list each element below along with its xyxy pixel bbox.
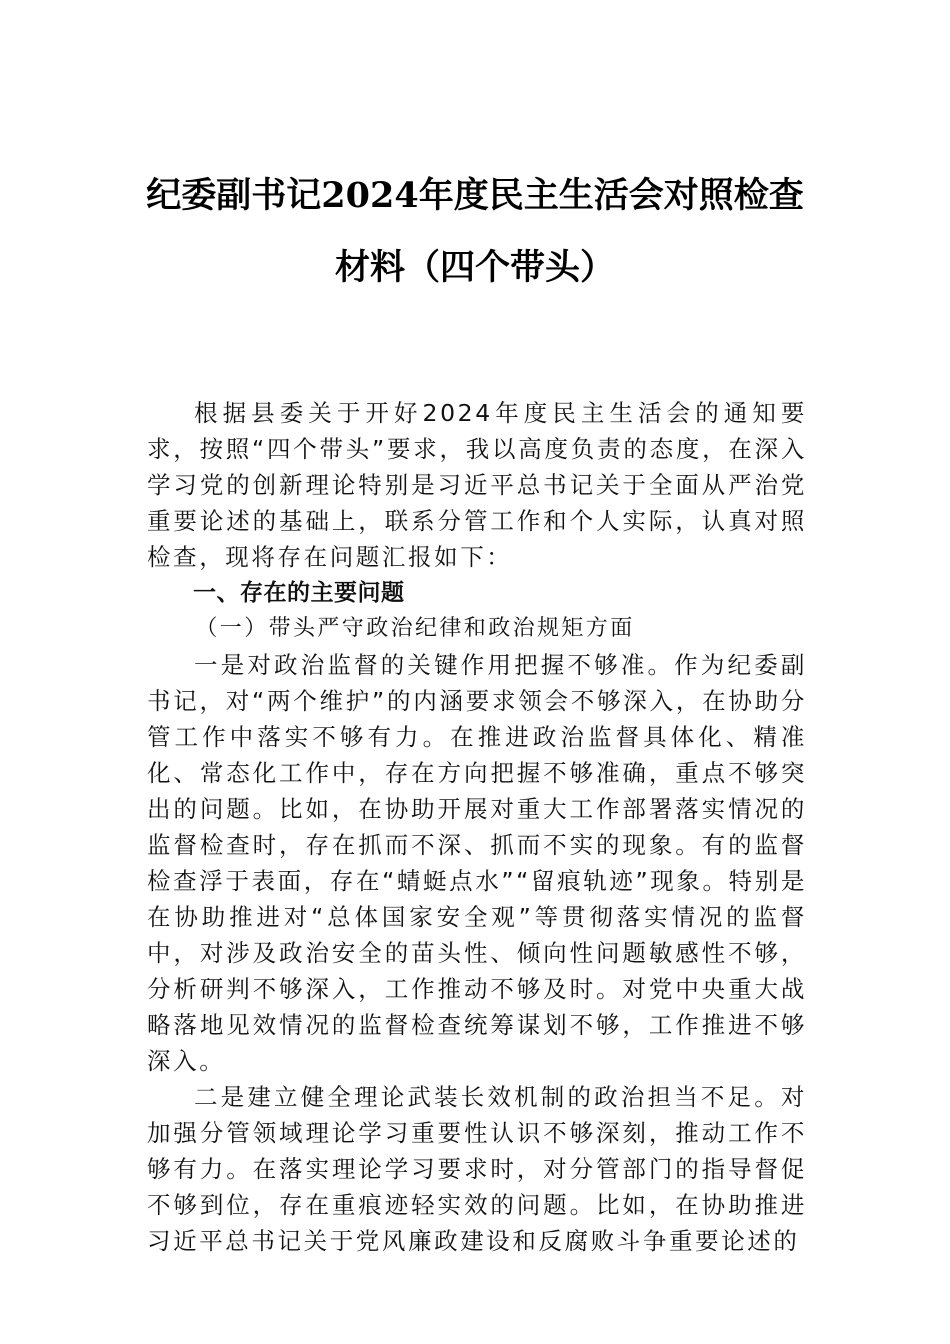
document-page: 纪委副书记2024年度民主生活会对照检查 材料（四个带头） 根据县委关于开好20… [0,0,950,1344]
body-paragraph-1: 一是对政治监督的关键作用把握不够准。作为纪委副书记，对“两个维护”的内涵要求领会… [147,647,807,1079]
document-title-line2: 材料（四个带头） [0,240,950,290]
intro-paragraph: 根据县委关于开好2024年度民主生活会的通知要求，按照“四个带头”要求，我以高度… [147,395,807,575]
document-title-line1: 纪委副书记2024年度民主生活会对照检查 [0,168,950,218]
document-body: 根据县委关于开好2024年度民主生活会的通知要求，按照“四个带头”要求，我以高度… [147,395,807,1259]
section-heading-main-problems: 一、存在的主要问题 [147,575,807,611]
subsection-heading-political-discipline: （一）带头严守政治纪律和政治规矩方面 [147,611,807,647]
body-paragraph-2: 二是建立健全理论武装长效机制的政治担当不足。对加强分管领域理论学习重要性认识不够… [147,1079,807,1259]
